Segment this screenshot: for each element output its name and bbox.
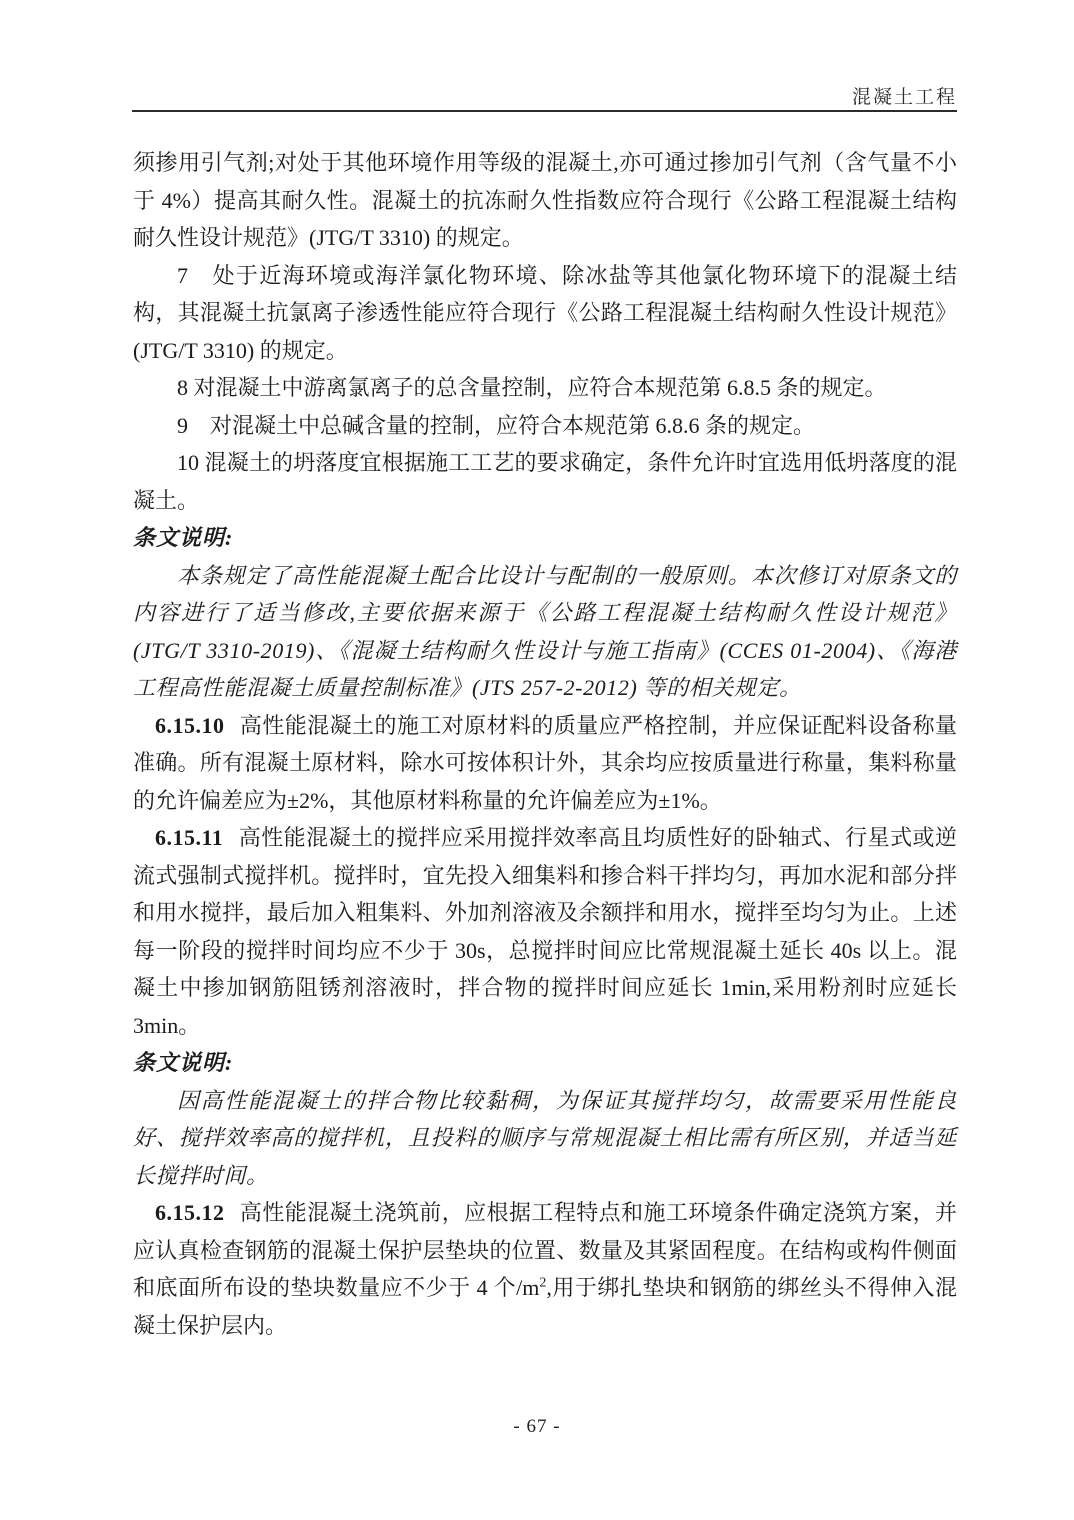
section-number-6-15-10: 6.15.10: [155, 713, 225, 738]
notes-label-2: 条文说明:: [133, 1044, 957, 1082]
section-6-15-11: 6.15.11高性能混凝土的搅拌应采用搅拌效率高且均质性好的卧轴式、行星式或逆流…: [133, 819, 957, 1044]
header-rule: [132, 110, 957, 112]
paragraph-continuation: 须掺用引气剂;对处于其他环境作用等级的混凝土,亦可通过掺加引气剂（含气量不小于 …: [133, 144, 957, 257]
notes-paragraph-1: 本条规定了高性能混凝土配合比设计与配制的一般原则。本次修订对原条文的内容进行了适…: [133, 557, 957, 707]
section-text-6-15-11: 高性能混凝土的搅拌应采用搅拌效率高且均质性好的卧轴式、行星式或逆流式强制式搅拌机…: [133, 825, 957, 1038]
list-item-9: 9 对混凝土中总碱含量的控制，应符合本规范第 6.8.6 条的规定。: [133, 407, 957, 445]
notes-paragraph-2: 因高性能混凝土的拌合物比较黏稠，为保证其搅拌均匀，故需要采用性能良好、搅拌效率高…: [133, 1082, 957, 1195]
section-6-15-10: 6.15.10高性能混凝土的施工对原材料的质量应严格控制，并应保证配料设备称量准…: [133, 707, 957, 820]
page-header-title: 混凝土工程: [852, 82, 957, 109]
list-item-10: 10 混凝土的坍落度宜根据施工工艺的要求确定，条件允许时宜选用低坍落度的混凝土。: [133, 444, 957, 519]
document-page: 混凝土工程 须掺用引气剂;对处于其他环境作用等级的混凝土,亦可通过掺加引气剂（含…: [0, 0, 1074, 1520]
section-number-6-15-11: 6.15.11: [155, 825, 223, 850]
notes-label-1: 条文说明:: [133, 519, 957, 557]
section-6-15-12: 6.15.12高性能混凝土浇筑前，应根据工程特点和施工环境条件确定浇筑方案，并应…: [133, 1194, 957, 1344]
list-item-7: 7 处于近海环境或海洋氯化物环境、除冰盐等其他氯化物环境下的混凝土结构，其混凝土…: [133, 257, 957, 370]
page-content: 须掺用引气剂;对处于其他环境作用等级的混凝土,亦可通过掺加引气剂（含气量不小于 …: [133, 144, 957, 1344]
page-number: - 67 -: [0, 1416, 1074, 1438]
list-item-8: 8 对混凝土中游离氯离子的总含量控制，应符合本规范第 6.8.5 条的规定。: [133, 369, 957, 407]
section-number-6-15-12: 6.15.12: [155, 1200, 225, 1225]
section-text-6-15-10: 高性能混凝土的施工对原材料的质量应严格控制，并应保证配料设备称量准确。所有混凝土…: [133, 713, 957, 813]
